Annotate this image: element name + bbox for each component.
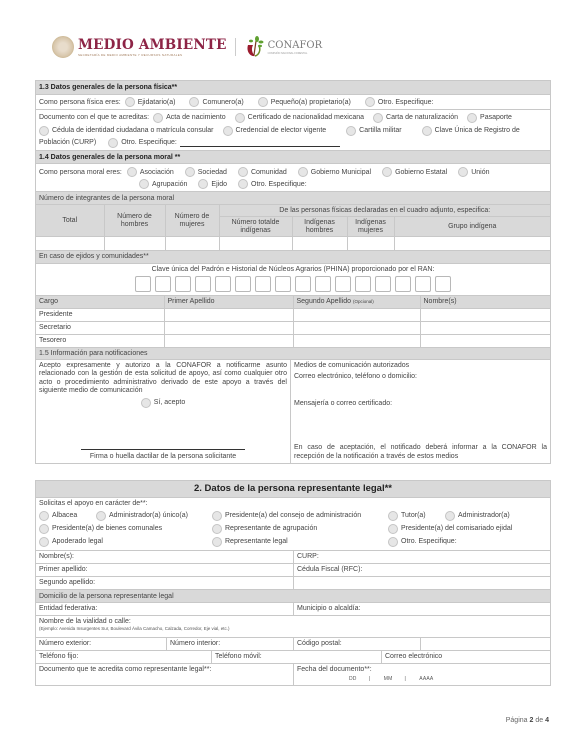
- radio-circle-icon[interactable]: [39, 537, 49, 547]
- date-month-hint: MM: [384, 676, 393, 682]
- nombre-input[interactable]: [420, 321, 550, 334]
- codigo-postal-field[interactable]: Código postal:: [294, 638, 421, 650]
- date-separator: |: [369, 676, 371, 682]
- phina-char-box[interactable]: [255, 276, 271, 292]
- indigenas-mujeres-input[interactable]: [347, 237, 394, 250]
- total-input[interactable]: [36, 237, 104, 250]
- segundo-apellido-field[interactable]: Segundo apellido:: [36, 577, 294, 589]
- phina-char-box[interactable]: [235, 276, 251, 292]
- optional-note: (Opcional): [353, 299, 374, 304]
- col-nombres: Nombre(s): [420, 295, 550, 308]
- caracter-row-1: Albacea Administrador(a) único(a) Presid…: [39, 509, 547, 522]
- consent-text: Acepto expresamente y autorizo a la CONA…: [39, 362, 287, 395]
- col-indigenas-hombres: Indígenas hombres: [292, 217, 347, 237]
- empty-cell: [294, 577, 550, 589]
- total-indigenas-input[interactable]: [219, 237, 292, 250]
- section-1-4-title: 1.4 Datos generales de la persona moral …: [39, 154, 180, 161]
- primer-apellido-input[interactable]: [164, 308, 293, 321]
- segundo-apellido-input[interactable]: [293, 334, 420, 347]
- radio-circle-icon[interactable]: [141, 398, 151, 408]
- notificaciones-header: 1.5 Información para notificaciones: [36, 347, 550, 359]
- phina-char-box[interactable]: [395, 276, 411, 292]
- radio-circle-icon[interactable]: [238, 167, 248, 177]
- radio-carta-naturalizacion[interactable]: Carta de naturalización: [373, 112, 458, 125]
- radio-cedula-identidad[interactable]: Cédula de identidad ciudadana o matrícul…: [39, 125, 214, 138]
- phina-char-box[interactable]: [335, 276, 351, 292]
- agency-title: CONAFOR: [268, 40, 323, 51]
- radio-circle-icon[interactable]: [39, 511, 49, 521]
- radio-otro-moral[interactable]: Otro. Especifique:: [238, 179, 307, 189]
- fecha-label: Fecha del documento**:: [297, 666, 547, 673]
- col-primer-apellido: Primer Apellido: [164, 295, 293, 308]
- phina-char-box[interactable]: [155, 276, 171, 292]
- integrantes-title: Número de integrantes de la persona mora…: [39, 195, 174, 202]
- radio-circle-icon[interactable]: [382, 167, 392, 177]
- empty-cell: [421, 638, 550, 650]
- national-seal-icon: [52, 36, 74, 58]
- email-field[interactable]: Correo electrónico: [382, 651, 550, 663]
- documento-label: Documento con el que te acreditas:: [39, 112, 149, 125]
- notificaciones-title: 1.5 Información para notificaciones: [39, 350, 148, 357]
- cargo-row-tesorero: Tesorero: [36, 334, 550, 347]
- cargo-row-secretario: Secretario: [36, 321, 550, 334]
- primer-apellido-field[interactable]: Primer apellido:: [36, 564, 294, 576]
- signature-line[interactable]: [81, 449, 245, 450]
- vialidad-label: Nombre de la vialidad o calle:: [39, 618, 547, 625]
- ministry-subtitle: SECRETARÍA DE MEDIO AMBIENTE Y RECURSOS …: [78, 53, 227, 57]
- telefono-email-row: Teléfono fijo: Teléfono móvil: Correo el…: [36, 650, 550, 663]
- nombre-input[interactable]: [420, 308, 550, 321]
- phina-label: Clave única del Padrón e Historial de Nú…: [36, 266, 550, 273]
- col-grupo-indigena: Grupo indígena: [394, 217, 550, 237]
- persona-fisica-tipo-row: Como persona física eres: Ejidatario(a) …: [36, 94, 550, 109]
- ministry-logo: MEDIO AMBIENTE SECRETARÍA DE MEDIO AMBIE…: [78, 38, 227, 57]
- radio-circle-icon[interactable]: [467, 113, 477, 123]
- radio-circle-icon[interactable]: [235, 113, 245, 123]
- radio-cartilla-militar[interactable]: Cartilla militar: [346, 125, 401, 138]
- phina-block: Clave única del Padrón e Historial de Nú…: [36, 263, 550, 295]
- radio-circle-icon[interactable]: [212, 524, 222, 534]
- radio-circle-icon[interactable]: [365, 97, 375, 107]
- col-total-indigenas: Número totalde indígenas: [219, 217, 292, 237]
- segundo-apellido-input[interactable]: [293, 321, 420, 334]
- section-2-title: 2. Datos de la persona representante leg…: [36, 481, 550, 497]
- page-number: Página 2 de 4: [506, 717, 549, 724]
- apellido-rfc-row: Primer apellido: Cédula Fiscal (RFC):: [36, 563, 550, 576]
- phina-char-box[interactable]: [195, 276, 211, 292]
- section-2-form: 2. Datos de la persona representante leg…: [35, 480, 551, 686]
- numero-cp-row: Número exterior: Número interior: Código…: [36, 637, 550, 650]
- radio-circle-icon[interactable]: [185, 167, 195, 177]
- integrantes-header: Número de integrantes de la persona mora…: [36, 191, 550, 204]
- cargo-label: Tesorero: [36, 334, 164, 347]
- documento-acreditacion-row: Documento con el que te acreditas: Acta …: [36, 109, 550, 150]
- col-total: Total: [36, 205, 104, 237]
- col-hombres: Número de hombres: [104, 205, 165, 237]
- date-day-hint: DD: [349, 676, 357, 682]
- page-header: MEDIO AMBIENTE SECRETARÍA DE MEDIO AMBIE…: [52, 32, 382, 62]
- radio-circle-icon[interactable]: [108, 138, 118, 148]
- otro-documento-input[interactable]: [180, 140, 340, 147]
- radio-gobierno-estatal[interactable]: Gobierno Estatal: [382, 167, 447, 177]
- domicilio-title: Domicilio de la persona representante le…: [39, 593, 174, 600]
- vialidad-example: (Ejemplo: Avenida Insurgentes Sur, Boule…: [39, 626, 547, 631]
- radio-gobierno-municipal[interactable]: Gobierno Municipal: [298, 167, 371, 177]
- signature-label: Firma o huella dactilar de la persona so…: [36, 453, 290, 461]
- date-separator: |: [404, 676, 406, 682]
- mujeres-input[interactable]: [165, 237, 219, 250]
- radio-circle-icon[interactable]: [212, 537, 222, 547]
- radio-circle-icon[interactable]: [153, 113, 163, 123]
- phina-char-box[interactable]: [315, 276, 331, 292]
- radio-pasaporte[interactable]: Pasaporte: [467, 112, 512, 125]
- phina-char-box[interactable]: [415, 276, 431, 292]
- caracter-block: Solicitas el apoyo en carácter de**: Alb…: [36, 497, 550, 550]
- medios-title: Medios de comunicación autorizados: [294, 362, 547, 370]
- nombre-curp-row: Nombre(s): CURP:: [36, 550, 550, 563]
- radio-circle-icon[interactable]: [127, 167, 137, 177]
- grupo-indigena-input[interactable]: [394, 237, 550, 250]
- medios-panel: Medios de comunicación autorizados Corre…: [291, 360, 550, 463]
- domicilio-header: Domicilio de la persona representante le…: [36, 589, 550, 602]
- radio-acta-nacimiento[interactable]: Acta de nacimiento: [153, 112, 226, 125]
- radio-circle-icon[interactable]: [39, 126, 49, 136]
- radio-circle-icon[interactable]: [189, 97, 199, 107]
- col-cargo: Cargo: [36, 295, 164, 308]
- phina-char-box[interactable]: [135, 276, 151, 292]
- rfc-field[interactable]: Cédula Fiscal (RFC):: [294, 564, 550, 576]
- phina-char-box[interactable]: [435, 276, 451, 292]
- numero-exterior-field[interactable]: Número exterior:: [36, 638, 167, 650]
- curp-field[interactable]: CURP:: [294, 551, 550, 563]
- col-indigenas-mujeres: Indígenas mujeres: [347, 217, 394, 237]
- nombre-input[interactable]: [420, 334, 550, 347]
- radio-circle-icon[interactable]: [373, 113, 383, 123]
- radio-otro-caracter[interactable]: Otro. Especifique:: [388, 537, 457, 547]
- radio-administrador-unico[interactable]: Administrador(a) único(a): [96, 511, 212, 521]
- radio-union[interactable]: Unión: [458, 167, 489, 177]
- radio-circle-icon[interactable]: [198, 179, 208, 189]
- radio-credencial-elector[interactable]: Credencial de elector vigente: [223, 125, 327, 138]
- radio-circle-icon[interactable]: [388, 537, 398, 547]
- cargo-label: Presidente: [36, 308, 164, 321]
- radio-albacea[interactable]: Albacea: [39, 511, 96, 521]
- radio-presidente-consejo[interactable]: Presidente(a) del consejo de administrac…: [212, 511, 388, 521]
- nombre-field[interactable]: Nombre(s):: [36, 551, 294, 563]
- radio-tutor[interactable]: Tutor(a): [388, 511, 445, 521]
- phina-char-box[interactable]: [215, 276, 231, 292]
- radio-ejidatario[interactable]: Ejidatario(a): [125, 97, 176, 107]
- curp-label-continued: Población (CURP): [39, 137, 96, 150]
- phina-char-box[interactable]: [275, 276, 291, 292]
- phina-input-boxes: [36, 276, 550, 292]
- segundo-apellido-input[interactable]: [293, 308, 420, 321]
- col-group-indigenas: De las personas físicas declaradas en el…: [219, 205, 550, 217]
- telefono-fijo-field[interactable]: Teléfono fijo:: [36, 651, 212, 663]
- radio-pequeno-propietario[interactable]: Pequeño(a) propietario(a): [258, 97, 351, 107]
- documento-representante-field[interactable]: Documento que te acredita como represent…: [36, 664, 294, 685]
- fecha-documento-field[interactable]: Fecha del documento**: DD| MM| AAAA: [294, 664, 550, 685]
- numero-interior-field[interactable]: Número interior:: [167, 638, 294, 650]
- notificaciones-block: Acepto expresamente y autorizo a la CONA…: [36, 359, 550, 463]
- radio-comunidad[interactable]: Comunidad: [238, 167, 287, 177]
- radio-si-acepto[interactable]: Sí, acepto: [39, 398, 287, 408]
- section-1-3-header: 1.3 Datos generales de la persona física…: [36, 81, 550, 94]
- caracter-label: Solicitas el apoyo en carácter de**:: [39, 500, 547, 507]
- radio-circle-icon[interactable]: [388, 524, 398, 534]
- integrantes-input-row: [36, 237, 550, 250]
- radio-circle-icon[interactable]: [298, 167, 308, 177]
- integrantes-table: Total Número de hombres Número de mujere…: [36, 204, 550, 250]
- radio-curp[interactable]: Clave Única de Registro de: [422, 125, 520, 138]
- persona-fisica-tipo-label: Como persona física eres:: [39, 99, 121, 106]
- section-1-3-title: 1.3 Datos generales de la persona física…: [39, 84, 177, 91]
- radio-circle-icon[interactable]: [125, 97, 135, 107]
- ministry-title: MEDIO AMBIENTE: [78, 38, 227, 52]
- col-segundo-apellido: Segundo Apellido (Opcional): [293, 295, 420, 308]
- radio-circle-icon[interactable]: [39, 524, 49, 534]
- section-1-form: 1.3 Datos generales de la persona física…: [35, 80, 551, 464]
- hombres-input[interactable]: [104, 237, 165, 250]
- phina-char-box[interactable]: [375, 276, 391, 292]
- indigenas-hombres-input[interactable]: [292, 237, 347, 250]
- logo-divider: [235, 38, 236, 56]
- radio-asociacion[interactable]: Asociación: [127, 167, 174, 177]
- caracter-row-3: Apoderado legal Representante legal Otro…: [39, 535, 547, 548]
- phina-char-box[interactable]: [175, 276, 191, 292]
- radio-ejido[interactable]: Ejido: [198, 179, 227, 189]
- persona-moral-tipo-row: Como persona moral eres: Asociación Soci…: [36, 163, 550, 191]
- telefono-movil-field[interactable]: Teléfono móvil:: [212, 651, 382, 663]
- date-format-hint: DD| MM| AAAA: [297, 676, 547, 682]
- agency-logo: CONAFOR COMISIÓN NACIONAL FORESTAL: [268, 40, 323, 55]
- radio-administrador[interactable]: Administrador(a): [445, 511, 510, 521]
- caracter-row-2: Presidente(a) de bienes comunales Repres…: [39, 522, 547, 535]
- radio-representante-agrupacion[interactable]: Representante de agrupación: [212, 524, 388, 534]
- radio-otro-documento[interactable]: Otro. Especifique:: [108, 137, 340, 150]
- entidad-field[interactable]: Entidad federativa:: [36, 603, 294, 615]
- conafor-tree-icon: [244, 35, 266, 59]
- primer-apellido-input[interactable]: [164, 334, 293, 347]
- radio-representante-legal[interactable]: Representante legal: [212, 537, 388, 547]
- radio-circle-icon[interactable]: [96, 511, 106, 521]
- col-mujeres: Número de mujeres: [165, 205, 219, 237]
- radio-circle-icon[interactable]: [445, 511, 455, 521]
- persona-moral-label: Como persona moral eres:: [39, 169, 122, 176]
- radio-comunero[interactable]: Comunero(a): [189, 97, 243, 107]
- radio-sociedad[interactable]: Sociedad: [185, 167, 227, 177]
- cargo-row-presidente: Presidente: [36, 308, 550, 321]
- radio-circle-icon[interactable]: [458, 167, 468, 177]
- municipio-field[interactable]: Municipio o alcaldía:: [294, 603, 550, 615]
- radio-circle-icon[interactable]: [422, 126, 432, 136]
- ejidos-title: En caso de ejidos y comunidades**: [39, 253, 149, 260]
- entidad-municipio-row: Entidad federativa: Municipio o alcaldía…: [36, 602, 550, 615]
- radio-agrupacion[interactable]: Agrupación: [139, 179, 187, 189]
- radio-apoderado-legal[interactable]: Apoderado legal: [39, 537, 212, 547]
- radio-circle-icon[interactable]: [223, 126, 233, 136]
- cargo-label: Secretario: [36, 321, 164, 334]
- ejidos-header: En caso de ejidos y comunidades**: [36, 250, 550, 263]
- segundo-apellido-row: Segundo apellido:: [36, 576, 550, 589]
- total-pages: 4: [545, 717, 549, 724]
- documento-fecha-row: Documento que te acredita como represent…: [36, 663, 550, 685]
- cargos-table: Cargo Primer Apellido Segundo Apellido (…: [36, 295, 550, 348]
- radio-circle-icon[interactable]: [212, 511, 222, 521]
- medio-correo-field[interactable]: Correo electrónico, teléfono o domicilio…: [294, 373, 547, 381]
- section-1-4-header: 1.4 Datos generales de la persona moral …: [36, 150, 550, 163]
- notificacion-footer-note: En caso de aceptación, el notificado deb…: [294, 444, 547, 461]
- radio-presidente-bienes-comunales[interactable]: Presidente(a) de bienes comunales: [39, 524, 212, 534]
- radio-circle-icon[interactable]: [388, 511, 398, 521]
- consent-panel: Acepto expresamente y autorizo a la CONA…: [36, 360, 291, 463]
- phina-char-box[interactable]: [355, 276, 371, 292]
- radio-circle-icon[interactable]: [139, 179, 149, 189]
- phina-char-box[interactable]: [295, 276, 311, 292]
- radio-circle-icon[interactable]: [346, 126, 356, 136]
- radio-circle-icon[interactable]: [238, 179, 248, 189]
- vialidad-field[interactable]: Nombre de la vialidad o calle: (Ejemplo:…: [36, 615, 550, 637]
- radio-presidente-comisariado[interactable]: Presidente(a) del comisariado ejidal: [388, 524, 512, 534]
- agency-subtitle: COMISIÓN NACIONAL FORESTAL: [268, 52, 323, 55]
- medio-mensajeria-field[interactable]: Mensajería o correo certificado:: [294, 400, 392, 408]
- date-year-hint: AAAA: [419, 676, 433, 682]
- primer-apellido-input[interactable]: [164, 321, 293, 334]
- radio-circle-icon[interactable]: [258, 97, 268, 107]
- radio-otro-fisica[interactable]: Otro. Especifique:: [365, 97, 434, 107]
- current-page: 2: [529, 717, 533, 724]
- radio-certificado-nacionalidad[interactable]: Certificado de nacionalidad mexicana: [235, 112, 364, 125]
